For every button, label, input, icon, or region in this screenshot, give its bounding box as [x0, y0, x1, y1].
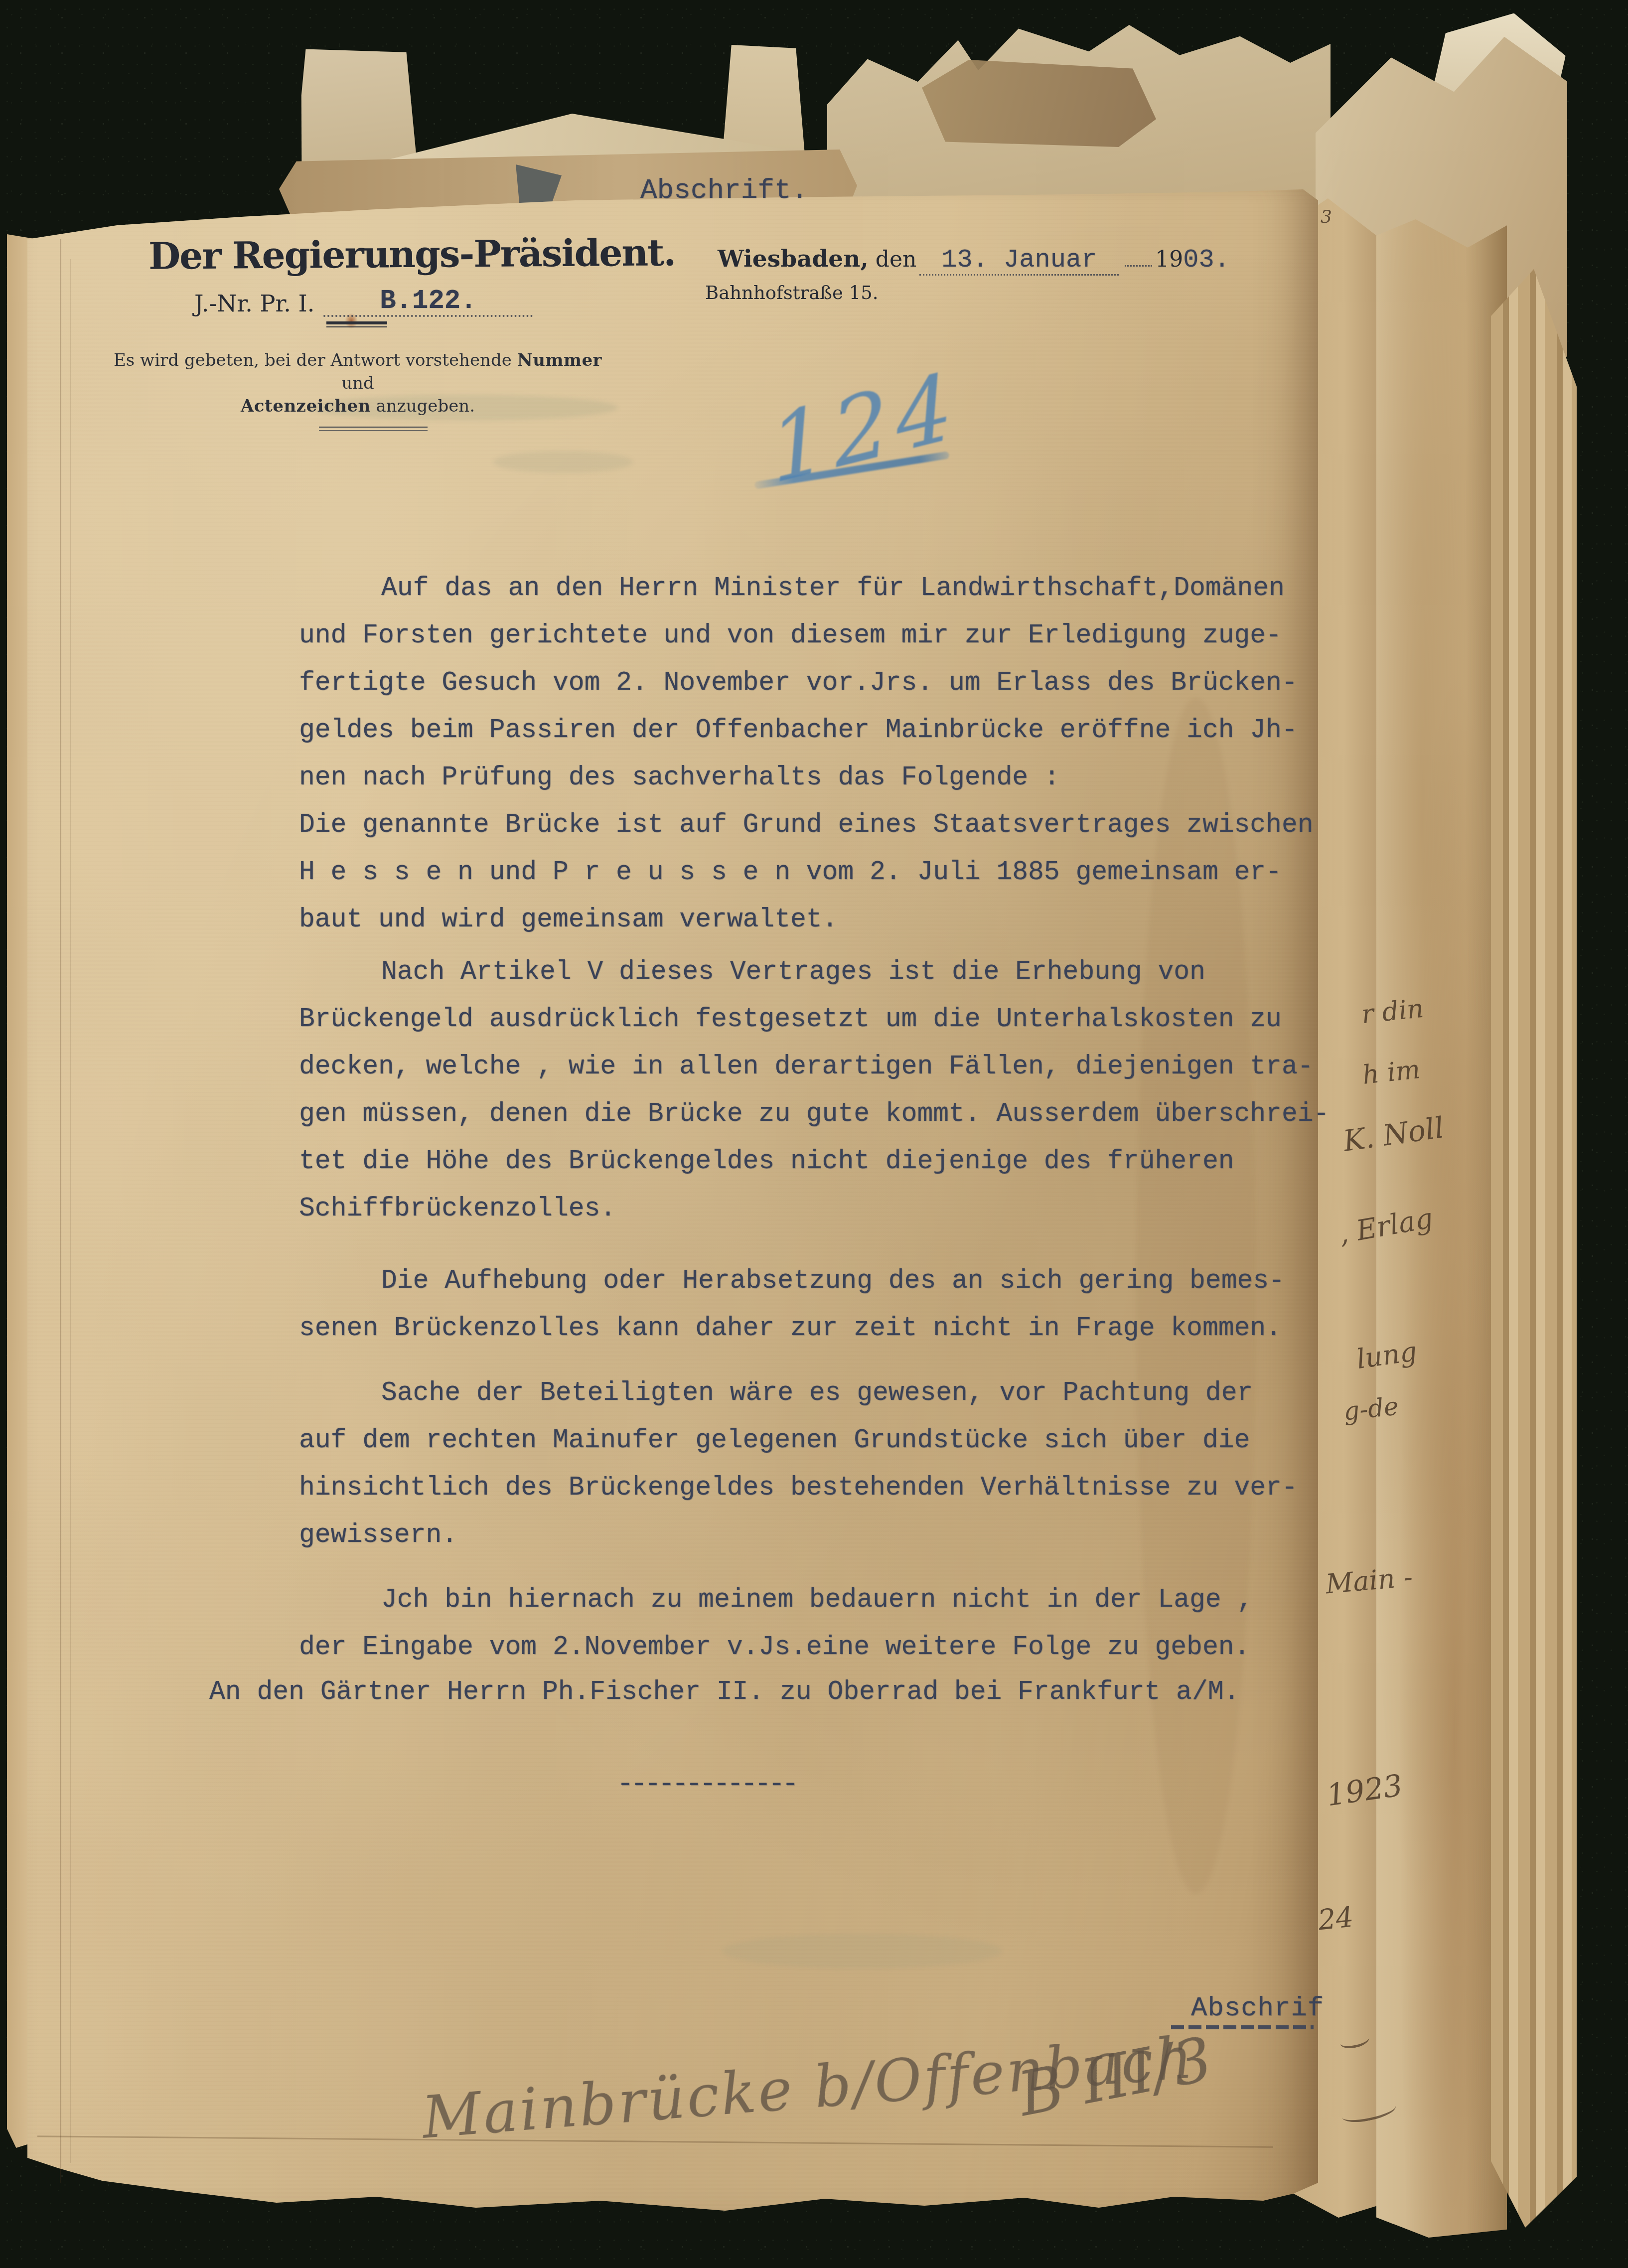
year-filled: 03.	[1183, 245, 1230, 275]
body-line: senen Brückenzolles kann daher zur zeit …	[299, 1313, 1282, 1343]
body-line: nen nach Prüfung des sachverhalts das Fo…	[299, 762, 1060, 792]
body-line: gen müssen, denen die Brücke zu gute kom…	[299, 1099, 1329, 1129]
den-label: den	[869, 247, 917, 272]
date-filled: 13. Januar	[941, 245, 1097, 275]
reference-number: B.122.	[380, 286, 476, 316]
copy-label: Abschrift.	[640, 174, 808, 206]
body-line: hinsichtlich des Brückengeldes bestehend…	[299, 1473, 1298, 1503]
fold-crease	[60, 239, 61, 2183]
body-line: fertigte Gesuch vom 2. November vor.Jrs.…	[299, 668, 1298, 698]
body-line: gewissern.	[299, 1520, 457, 1550]
note-text: anzugeben.	[371, 396, 475, 416]
footer-copy-stamp: Abschrif	[1191, 1993, 1324, 2024]
body-line: und Forsten gerichtete und von diesem mi…	[299, 620, 1282, 650]
reference-prefix: J.-Nr. Pr. I.	[194, 290, 314, 317]
note-rule	[319, 427, 428, 431]
letterhead-rule	[326, 321, 387, 327]
scanned-archive-page: Abschrift. Der Regierungs-Präsident. J.-…	[0, 0, 1628, 2268]
body-line: Auf das an den Herrn Minister für Landwi…	[381, 573, 1285, 603]
body-line: auf dem rechten Mainufer gelegenen Grund…	[299, 1425, 1250, 1455]
date-line: Wiesbaden, den 13. Januar 1903.	[718, 245, 1230, 276]
street-label: Bahnhofstraße 15.	[705, 282, 879, 303]
body-line: Jch bin hiernach zu meinem bedauern nich…	[381, 1585, 1253, 1615]
note-bold: Actenzeichen	[241, 396, 371, 416]
note-text: Es wird gebeten, bei der Antwort vorsteh…	[114, 350, 517, 370]
ink-bleedthrough	[493, 451, 633, 473]
margin-handwriting-fragment: 24	[1317, 1901, 1355, 1937]
body-line: tet die Höhe des Brückengeldes nicht die…	[299, 1146, 1234, 1176]
body-line: baut und wird gemeinsam verwaltet.	[299, 905, 838, 934]
note-bold: Nummer	[517, 350, 602, 370]
margin-handwriting-fragment: h im	[1361, 1055, 1422, 1090]
date-fill-line: 13. Januar	[919, 247, 1119, 276]
letterhead-sender: Der Regierungs-Präsident.	[148, 231, 676, 278]
body-line: Brückengeld ausdrücklich festgesetzt um …	[299, 1004, 1282, 1034]
place-label: Wiesbaden,	[718, 245, 869, 273]
document-page	[27, 169, 1318, 2218]
letterhead-note: Es wird gebeten, bei der Antwort vorsteh…	[109, 349, 607, 418]
body-line: decken, welche , wie in allen derartigen…	[299, 1052, 1314, 1081]
body-line: der Eingabe vom 2.November v.Js.eine wei…	[299, 1632, 1250, 1662]
body-line: H e s s e n und P r e u s s e n vom 2. J…	[299, 857, 1282, 887]
date-fill-line	[1125, 265, 1152, 267]
margin-handwriting-fragment: g-de	[1342, 1391, 1400, 1426]
reference-fill-line: B.122.	[323, 288, 533, 317]
reference-number-line: J.-Nr. Pr. I. B.122.	[194, 288, 533, 317]
body-line: Die Aufhebung oder Herabsetzung des an s…	[381, 1266, 1285, 1296]
body-line: Die genannte Brücke ist auf Grund eines …	[299, 810, 1314, 840]
body-line: Nach Artikel V dieses Vertrages ist die …	[381, 957, 1205, 987]
address-line: An den Gärtner Herrn Ph.Fischer II. zu O…	[209, 1677, 1239, 1707]
year-printed: 19	[1155, 247, 1183, 272]
margin-handwriting-fragment: 3	[1321, 207, 1332, 227]
ink-bleedthrough	[723, 1934, 1002, 1968]
torn-paper-fragment	[922, 60, 1156, 147]
body-line: Sache der Beteiligten wäre es gewesen, v…	[381, 1378, 1253, 1408]
body-line: geldes beim Passiren der Offenbacher Mai…	[299, 715, 1298, 745]
body-line: Schiffbrückenzolles.	[299, 1194, 616, 1223]
typed-divider: -------------	[617, 1768, 796, 1800]
fold-crease	[70, 259, 71, 2163]
note-text: und	[341, 373, 374, 393]
page-edge-strip	[1491, 269, 1577, 2228]
